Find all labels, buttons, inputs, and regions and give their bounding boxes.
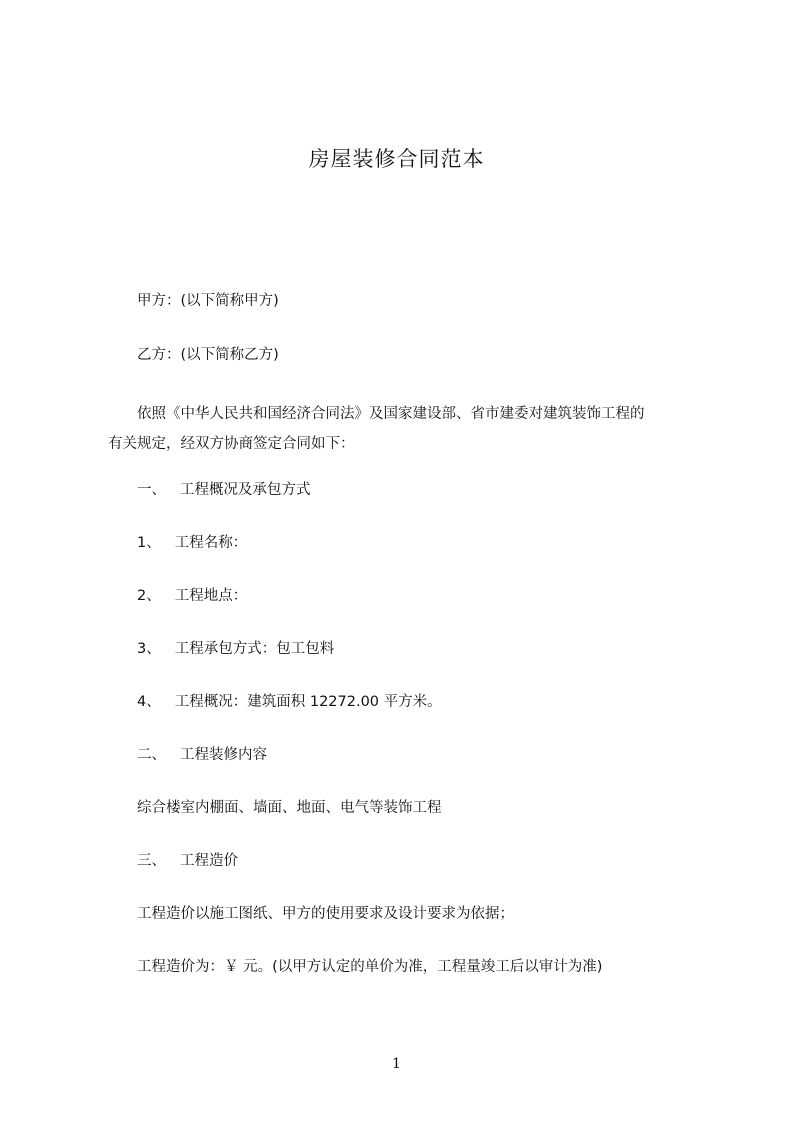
intro-line-2: 有关规定，经双方协商签定合同如下： xyxy=(108,429,708,459)
item-text: 工程名称： xyxy=(175,535,248,551)
party-b-line: 乙方：(以下简称乙方) xyxy=(137,346,279,364)
section-3-heading: 三、工程造价 xyxy=(137,852,238,870)
item-number: 1、 xyxy=(137,535,161,551)
item-text: 工程概况：建筑面积 12272.00 平方米。 xyxy=(175,694,442,710)
document-title: 房屋装修合同范本 xyxy=(0,143,793,173)
section-title: 工程概况及承包方式 xyxy=(180,482,311,498)
party-a-line: 甲方：(以下简称甲方) xyxy=(137,292,279,310)
section-1-item-3: 3、工程承包方式：包工包料 xyxy=(137,640,334,658)
intro-paragraph: 依照《中华人民共和国经济合同法》及国家建设部、省市建委对建筑装饰工程的 有关规定… xyxy=(108,399,708,459)
section-number: 二、 xyxy=(137,747,166,763)
item-text: 工程承包方式：包工包料 xyxy=(175,641,335,657)
section-3-body-line-2: 工程造价为：￥ 元。(以甲方认定的单价为准，工程量竣工后以审计为准) xyxy=(137,958,602,976)
section-2-heading: 二、工程装修内容 xyxy=(137,746,267,764)
page-number: 1 xyxy=(0,1056,793,1072)
section-2-body: 综合楼室内棚面、墙面、地面、电气等装饰工程 xyxy=(137,799,442,817)
item-number: 3、 xyxy=(137,641,161,657)
intro-line-1: 依照《中华人民共和国经济合同法》及国家建设部、省市建委对建筑装饰工程的 xyxy=(137,406,645,422)
section-3-body-line-1: 工程造价以施工图纸、甲方的使用要求及设计要求为依据； xyxy=(137,905,514,923)
item-number: 4、 xyxy=(137,694,161,710)
section-number: 一、 xyxy=(137,482,166,498)
section-title: 工程造价 xyxy=(180,853,238,869)
section-1-item-1: 1、工程名称： xyxy=(137,534,247,552)
section-1-item-4: 4、工程概况：建筑面积 12272.00 平方米。 xyxy=(137,693,442,711)
item-number: 2、 xyxy=(137,588,161,604)
section-1-item-2: 2、工程地点： xyxy=(137,587,247,605)
document-page: 房屋装修合同范本 甲方：(以下简称甲方) 乙方：(以下简称乙方) 依照《中华人民… xyxy=(0,0,793,1122)
section-number: 三、 xyxy=(137,853,166,869)
section-1-heading: 一、工程概况及承包方式 xyxy=(137,481,311,499)
item-text: 工程地点： xyxy=(175,588,248,604)
section-title: 工程装修内容 xyxy=(180,747,267,763)
